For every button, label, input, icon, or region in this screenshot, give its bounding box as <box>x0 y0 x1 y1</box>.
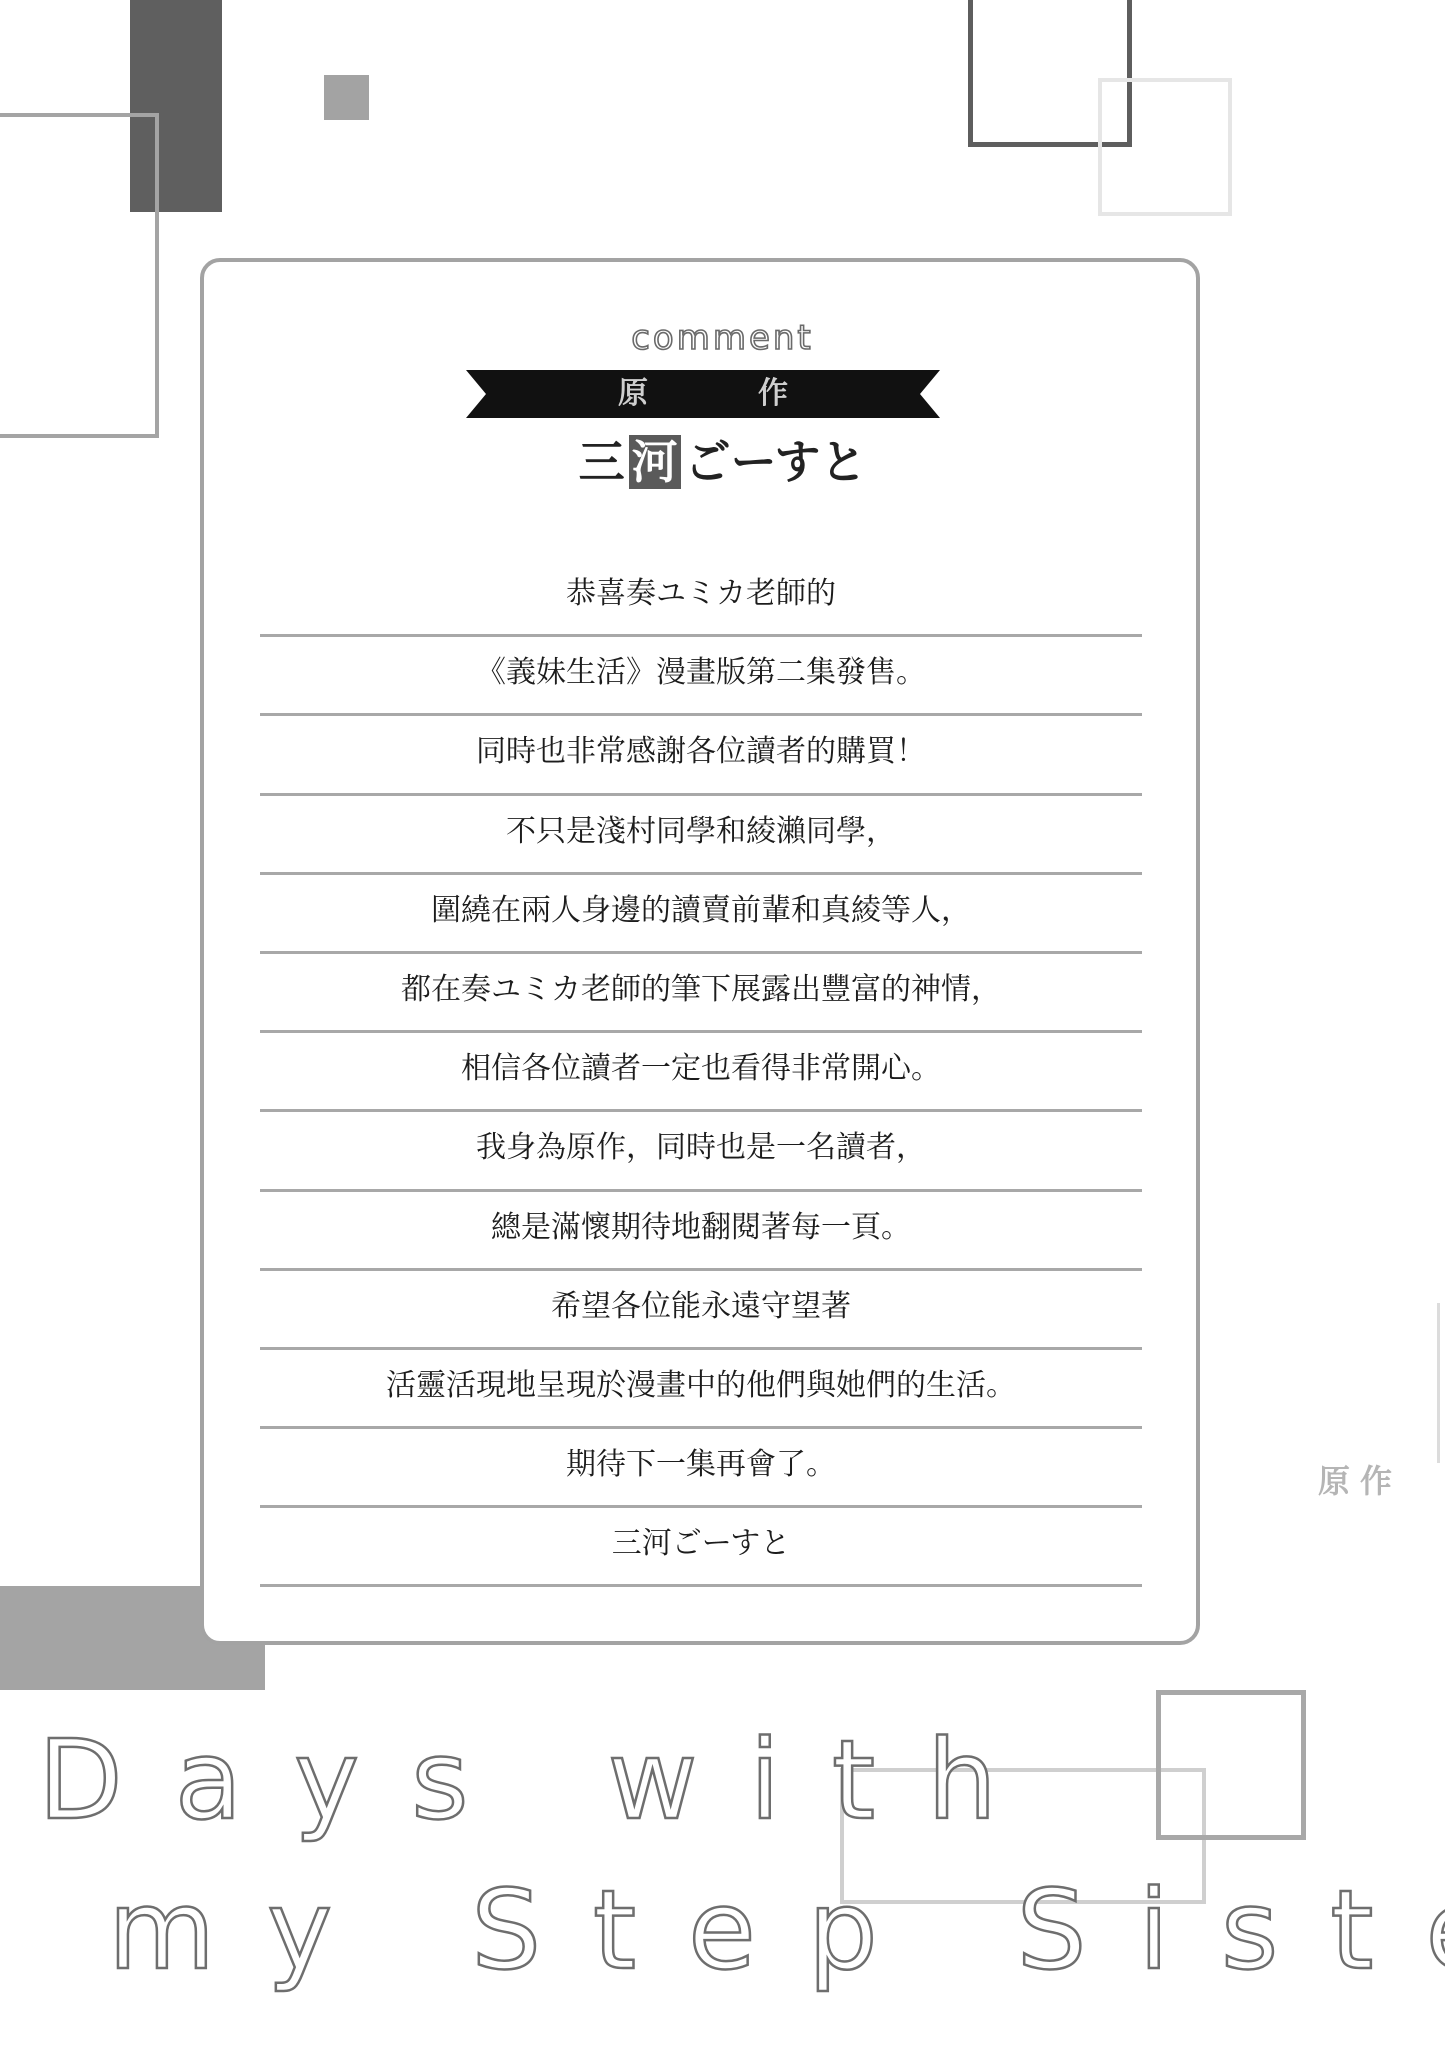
message-line: 圍繞在兩人身邊的讀賣前輩和真綾等人， <box>260 875 1142 954</box>
author-name-suffix: ごーすと <box>685 435 867 489</box>
page-edge-line <box>1437 1303 1440 1463</box>
message-line-text: 不只是淺村同學和綾瀨同學， <box>260 796 1142 868</box>
decorative-outline-frame-light <box>1098 78 1232 216</box>
decorative-outline-frame-square <box>1156 1690 1306 1840</box>
decorative-outline-frame-left <box>0 113 159 438</box>
message-line-text: 三河ごーすと <box>260 1508 1142 1580</box>
message-line-text: 活靈活現地呈現於漫畫中的他們與她們的生活。 <box>260 1350 1142 1422</box>
message-line-text: 期待下一集再會了。 <box>260 1429 1142 1501</box>
decorative-small-square <box>324 75 369 120</box>
message-lines: 恭喜奏ユミカ老師的 《義妹生活》漫畫版第二集發售。 同時也非常感謝各位讀者的購買… <box>260 558 1142 1587</box>
message-line: 希望各位能永遠守望著 <box>260 1271 1142 1350</box>
message-line: 同時也非常感謝各位讀者的購買！ <box>260 716 1142 795</box>
message-line-text: 《義妹生活》漫畫版第二集發售。 <box>260 637 1142 709</box>
author-name-highlight: 河 <box>629 435 681 489</box>
message-line: 《義妹生活》漫畫版第二集發售。 <box>260 637 1142 716</box>
message-line-text: 我身為原作，同時也是一名讀者， <box>260 1112 1142 1184</box>
message-line-text: 恭喜奏ユミカ老師的 <box>260 558 1142 630</box>
message-line-text: 相信各位讀者一定也看得非常開心。 <box>260 1033 1142 1105</box>
series-title-line-1: Days with <box>38 1716 1049 1844</box>
side-section-label: 原作 <box>1318 1456 1402 1502</box>
message-line: 我身為原作，同時也是一名讀者， <box>260 1112 1142 1191</box>
series-title-line-2: my Step Sister <box>108 1866 1445 1994</box>
author-name: 三河ごーすと <box>0 426 1445 492</box>
message-line: 都在奏ユミカ老師的筆下展露出豐富的神情， <box>260 954 1142 1033</box>
message-line: 相信各位讀者一定也看得非常開心。 <box>260 1033 1142 1112</box>
message-line: 期待下一集再會了。 <box>260 1429 1142 1508</box>
message-line-signature: 三河ごーすと <box>260 1508 1142 1587</box>
message-line-text: 同時也非常感謝各位讀者的購買！ <box>260 716 1142 788</box>
author-name-prefix: 三 <box>579 435 625 489</box>
message-line: 不只是淺村同學和綾瀨同學， <box>260 796 1142 875</box>
comment-heading: comment <box>0 318 1445 358</box>
ribbon-label: 原 作 <box>466 370 940 418</box>
message-line: 活靈活現地呈現於漫畫中的他們與她們的生活。 <box>260 1350 1142 1429</box>
message-line-text: 總是滿懷期待地翻閱著每一頁。 <box>260 1192 1142 1264</box>
message-line: 總是滿懷期待地翻閱著每一頁。 <box>260 1192 1142 1271</box>
message-line-text: 圍繞在兩人身邊的讀賣前輩和真綾等人， <box>260 875 1142 947</box>
message-line: 恭喜奏ユミカ老師的 <box>260 558 1142 637</box>
message-line-text: 希望各位能永遠守望著 <box>260 1271 1142 1343</box>
message-line-text: 都在奏ユミカ老師的筆下展露出豐富的神情， <box>260 954 1142 1026</box>
